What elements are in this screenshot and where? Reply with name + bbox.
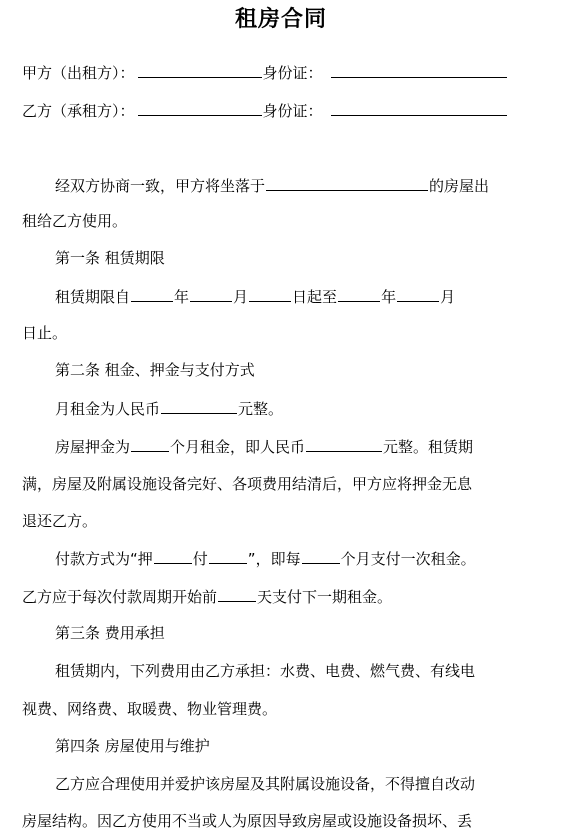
- payment-due-text: 乙方应于每次付款周期开始前: [22, 588, 217, 606]
- rent-line: 月租金为人民币元整。: [55, 398, 283, 419]
- lease-term-text: 租赁期限自: [55, 288, 130, 306]
- party-b-row: 乙方（承租方）：身份证：: [22, 100, 508, 121]
- document-title: 租房合同: [0, 2, 562, 33]
- deposit-text-end: 元整。租赁期: [383, 438, 473, 456]
- deposit-multiple-field[interactable]: [154, 548, 192, 564]
- party-a-row: 甲方（出租方）：身份证：: [22, 62, 508, 83]
- party-a-label: 甲方（出租方）：: [22, 64, 135, 82]
- party-a-name-field[interactable]: [138, 62, 262, 78]
- lease-term-line: 租赁期限自年月日起至年月: [55, 286, 455, 307]
- intro-line2: 租给乙方使用。: [22, 211, 127, 231]
- payment-text: 付款方式为“押: [55, 550, 153, 568]
- start-day-field[interactable]: [249, 286, 291, 302]
- lease-term-line2: 日止。: [22, 323, 67, 343]
- payment-text-mid: ”，即每: [248, 550, 301, 568]
- payment-pay-label: 付: [193, 550, 208, 568]
- year-label: 年: [381, 288, 396, 306]
- payment-due-suffix: 天支付下一期租金。: [257, 588, 392, 606]
- expenses-line1: 租赁期内，下列费用由乙方承担：水费、电费、燃气费、有线电: [55, 661, 475, 681]
- end-month-field[interactable]: [397, 286, 439, 302]
- payment-line1: 付款方式为“押付”，即每个月支付一次租金。: [55, 548, 476, 569]
- deposit-text: 房屋押金为: [55, 438, 130, 456]
- year-label: 年: [174, 288, 189, 306]
- start-month-field[interactable]: [190, 286, 232, 302]
- party-b-name-field[interactable]: [138, 100, 262, 116]
- deposit-amount-field[interactable]: [306, 436, 382, 452]
- intro-line1: 经双方协商一致，甲方将坐落于的房屋出: [55, 175, 489, 196]
- deposit-line3: 退还乙方。: [22, 511, 97, 531]
- party-a-id-field[interactable]: [331, 62, 507, 78]
- deposit-months-field[interactable]: [131, 436, 169, 452]
- deposit-text-mid: 个月租金，即人民币: [170, 438, 305, 456]
- rent-text: 月租金为人民币: [55, 400, 160, 418]
- deposit-line1: 房屋押金为个月租金，即人民币元整。租赁期: [55, 436, 473, 457]
- maintenance-line1: 乙方应合理使用并爱护该房屋及其附属设施设备，不得擅自改动: [55, 774, 475, 794]
- start-year-field[interactable]: [131, 286, 173, 302]
- party-b-id-label: 身份证：: [263, 102, 323, 120]
- deposit-line2: 满，房屋及附属设施设备完好、各项费用结清后，甲方应将押金无息: [22, 474, 472, 494]
- article2-heading: 第二条 租金、押金与支付方式: [55, 360, 255, 380]
- payment-days-field[interactable]: [218, 586, 256, 602]
- article4-heading: 第四条 房屋使用与维护: [55, 736, 210, 756]
- maintenance-line2: 房屋结构。因乙方使用不当或人为原因导致房屋或设施设备损坏、丢: [22, 811, 472, 831]
- intro-text: 经双方协商一致，甲方将坐落于: [55, 177, 265, 195]
- end-year-field[interactable]: [338, 286, 380, 302]
- article1-heading: 第一条 租赁期限: [55, 248, 165, 268]
- expenses-line2: 视费、网络费、取暖费、物业管理费。: [22, 699, 277, 719]
- article3-heading: 第三条 费用承担: [55, 623, 165, 643]
- payment-line2: 乙方应于每次付款周期开始前天支付下一期租金。: [22, 586, 392, 607]
- month-label: 月: [233, 288, 248, 306]
- party-b-label: 乙方（承租方）：: [22, 102, 135, 120]
- payment-text-end: 个月支付一次租金。: [341, 550, 476, 568]
- intro-text-after: 的房屋出: [429, 177, 489, 195]
- day-to-label: 日起至: [292, 288, 337, 306]
- pay-multiple-field[interactable]: [209, 548, 247, 564]
- rent-suffix: 元整。: [238, 400, 283, 418]
- party-b-id-field[interactable]: [331, 100, 507, 116]
- party-a-id-label: 身份证：: [263, 64, 323, 82]
- payment-interval-field[interactable]: [302, 548, 340, 564]
- monthly-rent-field[interactable]: [161, 398, 237, 414]
- property-address-field[interactable]: [266, 175, 428, 191]
- month-label: 月: [440, 288, 455, 306]
